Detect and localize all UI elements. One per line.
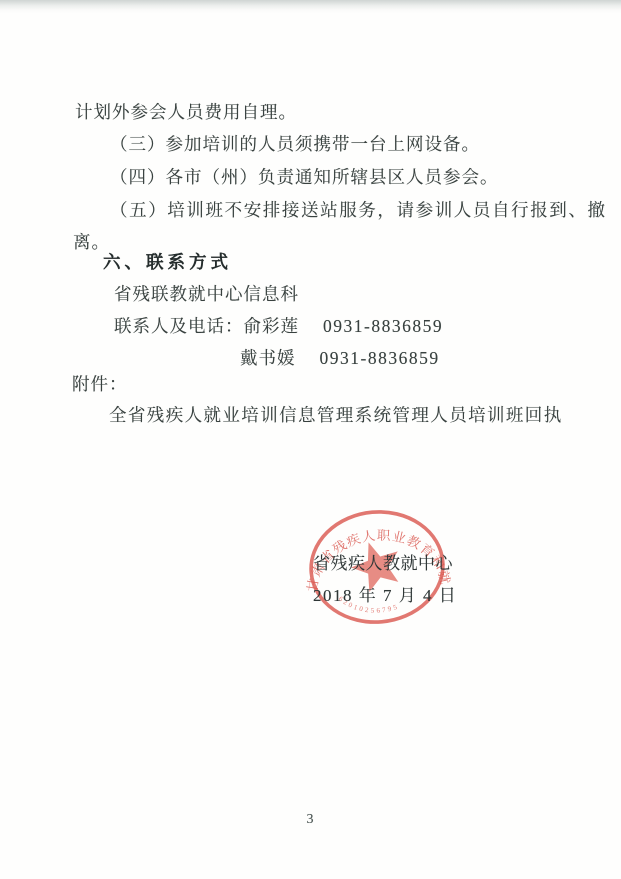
document-page: 计划外参会人员费用自理。 （三）参加培训的人员须携带一台上网设备。 （四）各市（…: [0, 0, 621, 879]
contact-person-2-phone: 0931-8836859: [320, 348, 440, 368]
contact-person-1-name: 俞彩莲: [244, 316, 300, 336]
attachment-label: 附件：: [72, 371, 128, 396]
attachment-title: 全省残疾人就业培训信息管理系统管理人员培训班回执: [109, 402, 563, 427]
paragraph-fee-self-pay: 计划外参会人员费用自理。: [75, 99, 297, 124]
paragraph-item-5-line-1: （五）培训班不安排接送站服务，请参训人员自行报到、撤: [110, 197, 607, 222]
contact-line-1: 联系人及电话：俞彩莲0931-8836859: [114, 313, 443, 338]
scan-artifact-top-edge: [0, 0, 621, 14]
section-heading-contact: 六、联系方式: [103, 249, 232, 274]
contact-line-2: 戴书媛0931-8836859: [240, 345, 440, 370]
signature-date: 2018 年 7 月 4 日: [313, 581, 457, 606]
contact-label: 联系人及电话：: [114, 316, 244, 336]
paragraph-item-3: （三）参加培训的人员须携带一台上网设备。: [110, 131, 480, 156]
contact-department: 省残联教就中心信息科: [114, 281, 299, 306]
paragraph-item-4: （四）各市（州）负责通知所辖县区人员参会。: [110, 164, 499, 189]
page-number: 3: [296, 812, 324, 828]
contact-person-1-phone: 0931-8836859: [323, 316, 443, 336]
contact-person-2-name: 戴书媛: [240, 348, 296, 368]
signature-org: 省残疾人教就中心: [313, 549, 453, 574]
